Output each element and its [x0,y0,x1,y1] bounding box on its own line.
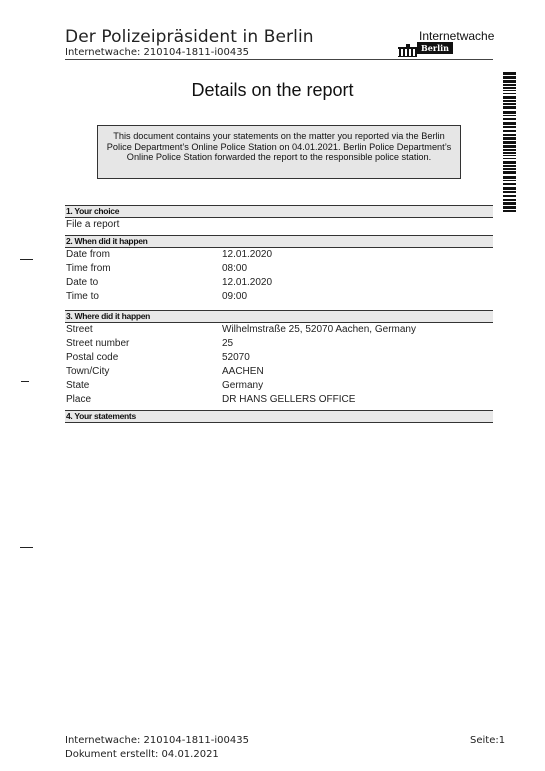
row-label: Street [66,323,93,337]
row-label: File a report [66,218,119,232]
fold-mark [20,259,33,260]
document-title: Details on the report [0,80,545,101]
footer-case-id: Internetwache: 210104-1811-i00435 [65,735,249,746]
row-value: DR HANS GELLERS OFFICE [222,393,355,407]
footer-page-number: Seite:1 [470,735,505,746]
table-row: Street Wilhelmstraße 25, 52070 Aachen, G… [65,323,493,337]
row-value: 25 [222,337,233,351]
section-heading: 2. When did it happen [65,235,493,248]
table-row: Date to 12.01.2020 [65,276,493,290]
logo-berlin-badge: Berlin [417,42,453,54]
row-label: Date from [66,248,110,262]
row-label: State [66,379,89,393]
row-value: 52070 [222,351,250,365]
table-row: Town/City AACHEN [65,365,493,379]
row-label: Postal code [66,351,118,365]
section-heading: 4. Your statements [65,410,493,423]
row-value: 12.01.2020 [222,276,272,290]
row-label: Place [66,393,91,407]
row-label: Date to [66,276,98,290]
table-row: Date from 12.01.2020 [65,248,493,262]
row-value: Germany [222,379,263,393]
notice-box: This document contains your statements o… [97,125,461,179]
row-value: 12.01.2020 [222,248,272,262]
header-case-id: Internetwache: 210104-1811-i00435 [65,47,249,58]
table-row: Time from 08:00 [65,262,493,276]
fold-mark [20,547,33,548]
row-label: Town/City [66,365,109,379]
table-row: File a report [65,218,493,232]
brandenburg-gate-icon [398,44,417,57]
header-divider [65,59,493,60]
section-heading: 3. Where did it happen [65,310,493,323]
row-value: AACHEN [222,365,264,379]
row-label: Time from [66,262,111,276]
table-row: Street number 25 [65,337,493,351]
row-value: 08:00 [222,262,247,276]
row-label: Street number [66,337,129,351]
table-row: State Germany [65,379,493,393]
table-row: Postal code 52070 [65,351,493,365]
row-value: 09:00 [222,290,247,304]
table-row: Place DR HANS GELLERS OFFICE [65,393,493,407]
logo-text: Internetwache [419,29,494,43]
fold-mark [21,381,29,382]
row-value: Wilhelmstraße 25, 52070 Aachen, Germany [222,323,416,337]
footer-created-date: Dokument erstellt: 04.01.2021 [65,749,219,760]
table-row: Time to 09:00 [65,290,493,304]
row-label: Time to [66,290,99,304]
section-heading: 1. Your choice [65,205,493,218]
section-your-choice: 1. Your choice File a report [65,205,493,232]
section-statements: 4. Your statements [65,410,493,423]
section-when: 2. When did it happen Date from 12.01.20… [65,235,493,304]
section-where: 3. Where did it happen Street Wilhelmstr… [65,310,493,407]
header-title: Der Polizeipräsident in Berlin [65,27,314,47]
